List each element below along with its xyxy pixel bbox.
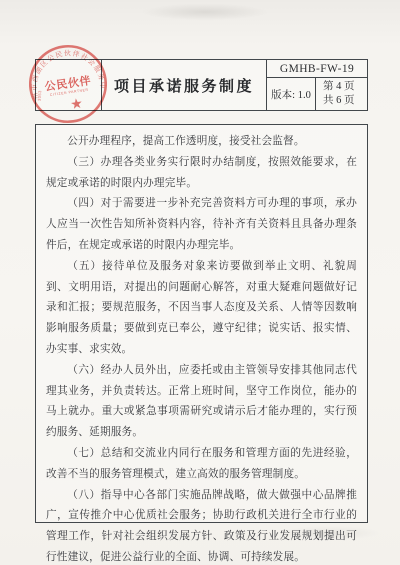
header-stamp-cell — [36, 60, 102, 110]
body-paragraph: （八）指导中心各部门实施品牌战略，做大做强中心品牌推广，宣传推介中心优质社会服务… — [46, 486, 357, 565]
document-title: 项目承诺服务制度 — [114, 75, 254, 96]
body-paragraph: （四）对于需要进一步补充完善资料方可办理的事项，承办人应当一次性告知所补资料内容… — [46, 194, 357, 256]
body-paragraph: （五）接待单位及服务对象来访要做到举止文明、礼貌周到、文明用语，对提出的问题耐心… — [46, 257, 357, 361]
page-number: 第 4 页 — [323, 80, 367, 95]
document-header-table: 项目承诺服务制度 GMHB-FW-19 版本: 1.0 第 4 页 共 6 页 — [35, 59, 368, 111]
document-body-box: 公开办理程序，提高工作透明度，接受社会监督。（三）办理各类业务实行限时办结制度，… — [35, 124, 368, 523]
header-meta-cell: GMHB-FW-19 版本: 1.0 第 4 页 共 6 页 — [266, 60, 367, 110]
body-paragraph: （六）经办人员外出，应委托或由主管领导安排其他同志代理其业务，并负责转达。正常上… — [46, 361, 357, 444]
page-total: 共 6 页 — [323, 94, 367, 109]
body-paragraph: （三）办理各类业务实行限时办结制度，按照效能要求，在规定或承诺的时限内办理完毕。 — [46, 153, 357, 195]
scanned-document-page: 项目承诺服务制度 GMHB-FW-19 版本: 1.0 第 4 页 共 6 页 … — [0, 0, 400, 565]
document-code: GMHB-FW-19 — [267, 60, 367, 78]
version-label: 版本: 1.0 — [267, 78, 316, 110]
header-title-cell: 项目承诺服务制度 — [102, 60, 266, 110]
page-indicator: 第 4 页 共 6 页 — [316, 78, 367, 110]
body-paragraph: （七）总结和交流业内同行在服务和管理方面的先进经验，改善不当的服务管理模式，建立… — [46, 444, 357, 486]
header-meta-bottom-row: 版本: 1.0 第 4 页 共 6 页 — [267, 78, 367, 110]
body-paragraph: 公开办理程序，提高工作透明度，接受社会监督。 — [46, 132, 357, 153]
body-paragraphs: 公开办理程序，提高工作透明度，接受社会监督。（三）办理各类业务实行限时办结制度，… — [46, 132, 357, 565]
